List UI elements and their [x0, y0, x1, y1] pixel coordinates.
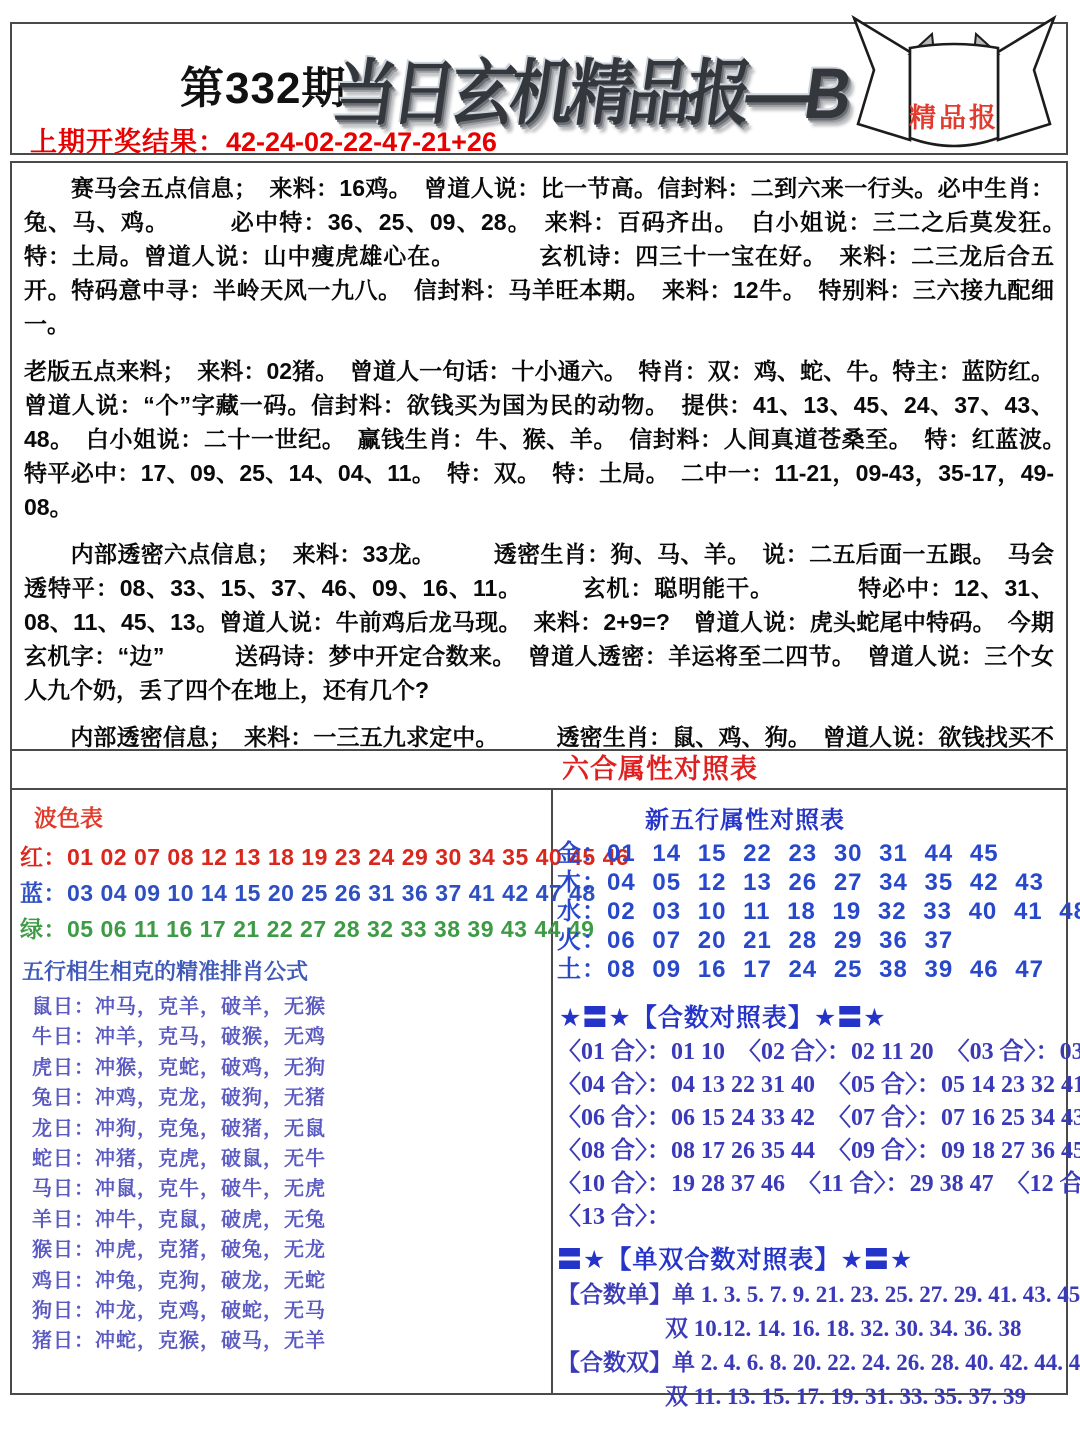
- blue-wave-label: 蓝：: [20, 880, 67, 906]
- blue-wave-row: 蓝：03 04 09 10 14 15 20 25 26 31 36 37 41…: [20, 875, 547, 911]
- paragraph-2: 老版五点来料； 来料：02猪。 曾道人一句话：十小通六。 特肖：双：鸡、蛇、牛。…: [24, 354, 1054, 524]
- bose-table-title: 波色表: [34, 800, 547, 833]
- new-wuxing-title: 新五行属性对照表: [645, 800, 1080, 835]
- zodiac-line-pig: 猪日：冲蛇，克猴，破马，无羊: [32, 1326, 547, 1356]
- hesu-line-6: 〈13 合〉：: [557, 1201, 1080, 1234]
- zodiac-line-horse: 马日：冲鼠，克牛，破牛，无虎: [32, 1174, 547, 1204]
- zodiac-line-rooster: 鸡日：冲兔，克狗，破龙，无蛇: [32, 1266, 547, 1296]
- danshuang-even-line: 【合数双】单 2. 4. 6. 8. 20. 22. 24. 26. 28. 4…: [557, 1346, 1080, 1380]
- hesu-line-5: 〈10 合〉：19 28 37 46 〈11 合〉：29 38 47 〈12 合…: [557, 1168, 1080, 1201]
- wuxing-column: 新五行属性对照表 金：01 14 15 22 23 30 31 44 45 木：…: [553, 790, 1080, 1393]
- wuxing-wood-label: 木：: [557, 869, 607, 896]
- zodiac-line-dog: 狗日：冲龙，克鸡，破蛇，无马: [32, 1296, 547, 1326]
- hesu-line-4: 〈08 合〉：08 17 26 35 44 〈09 合〉：09 18 27 36…: [557, 1135, 1080, 1168]
- zodiac-line-monkey: 猴日：冲虎，克猪，破兔，无龙: [32, 1235, 547, 1265]
- last-result-label: 上期开奖结果：: [30, 127, 226, 157]
- zodiac-line-goat: 羊日：冲牛，克鼠，破虎，无兔: [32, 1205, 547, 1235]
- zodiac-line-dragon: 龙日：冲狗，克兔，破猪，无鼠: [32, 1114, 547, 1144]
- wuxing-row-water: 水：02 03 10 11 18 19 32 33 40 41 48 49: [557, 897, 1080, 926]
- tips-paragraphs: 赛马会五点信息； 来料：16鸡。 曾道人说：比一节高。信封料：二到六来一行头。必…: [12, 163, 1066, 749]
- danshuang-table-title: 〓★【单双合数对照表】★〓★: [557, 1240, 1080, 1276]
- wuxing-wood-numbers: 04 05 12 13 26 27 34 35 42 43: [607, 869, 1044, 896]
- green-wave-row: 绿：05 06 11 16 17 21 22 27 28 32 33 38 39…: [20, 911, 547, 947]
- wuxing-row-earth: 土：08 09 16 17 24 25 38 39 46 47: [557, 955, 1080, 984]
- zodiac-line-snake: 蛇日：冲猪，克虎，破鼠，无牛: [32, 1144, 547, 1174]
- wuxing-row-gold: 金：01 14 15 22 23 30 31 44 45: [557, 839, 1080, 868]
- content-box: 赛马会五点信息； 来料：16鸡。 曾道人说：比一节高。信封料：二到六来一行头。必…: [10, 161, 1068, 1395]
- zodiac-line-tiger: 虎日：冲猴，克蛇，破鸡，无狗: [32, 1053, 547, 1083]
- wuxing-row-fire: 火：06 07 20 21 28 29 36 37: [557, 926, 1080, 955]
- hesu-line-1: 〈01 合〉：01 10 〈02 合〉：02 11 20 〈03 合〉：03 1…: [557, 1036, 1080, 1069]
- last-result-line: 上期开奖结果：42-24-02-22-47-21+26: [30, 120, 497, 159]
- green-wave-label: 绿：: [20, 916, 67, 942]
- wuxing-formula-title: 五行相生相克的精准排肖公式: [22, 955, 547, 986]
- wuxing-water-numbers: 02 03 10 11 18 19 32 33 40 41 48 49: [607, 898, 1080, 925]
- danshuang-odd-line: 【合数单】单 1. 3. 5. 7. 9. 21. 23. 25. 27. 29…: [557, 1278, 1080, 1312]
- wuxing-earth-label: 土：: [557, 956, 607, 983]
- wave-color-column: 波色表 红：01 02 07 08 12 13 18 19 23 24 29 3…: [12, 790, 553, 1393]
- hesu-line-2: 〈04 合〉：04 13 22 31 40 〈05 合〉：05 14 23 32…: [557, 1069, 1080, 1102]
- paragraph-3: 内部透密六点信息； 来料：33龙。 透密生肖：狗、马、羊。 说：二五后面一五跟。…: [24, 537, 1054, 707]
- zodiac-line-rat: 鼠日：冲马，克羊，破羊，无猴: [32, 992, 547, 1022]
- red-wave-row: 红：01 02 07 08 12 13 18 19 23 24 29 30 34…: [20, 839, 547, 875]
- danshuang-odd-even-line: 双 10.12. 14. 16. 18. 32. 30. 34. 36. 38: [557, 1312, 1080, 1346]
- hesu-line-3: 〈06 合〉：06 15 24 33 42 〈07 合〉：07 16 25 34…: [557, 1102, 1080, 1135]
- danshuang-even-even-line: 双 11. 13. 15. 17. 19. 31. 33. 35. 37. 39: [557, 1380, 1080, 1414]
- red-wave-label: 红：: [20, 844, 67, 870]
- issue-number: 第332期: [180, 52, 346, 116]
- zodiac-line-ox: 牛日：冲羊，克马，破猴，无鸡: [32, 1022, 547, 1052]
- hesu-table-title: ★〓★【合数对照表】★〓★: [559, 998, 1080, 1034]
- attribute-table-title: 六合属性对照表: [12, 749, 1066, 790]
- green-wave-numbers: 05 06 11 16 17 21 22 27 28 32 33 38 39 4…: [67, 916, 594, 942]
- blue-wave-numbers: 03 04 09 10 14 15 20 25 26 31 36 37 41 4…: [67, 880, 596, 906]
- last-result-value: 42-24-02-22-47-21+26: [226, 127, 497, 157]
- ribbon-scroll-icon: [840, 0, 1068, 160]
- wuxing-fire-label: 火：: [557, 927, 607, 954]
- paragraph-4: 内部透密信息； 来料：一三五九求定中。 透密生肖：鼠、鸡、狗。 曾道人说：欲钱找…: [24, 720, 1054, 749]
- wuxing-row-wood: 木：04 05 12 13 26 27 34 35 42 43: [557, 868, 1080, 897]
- attribute-table-columns: 波色表 红：01 02 07 08 12 13 18 19 23 24 29 3…: [12, 790, 1066, 1393]
- wuxing-gold-numbers: 01 14 15 22 23 30 31 44 45: [607, 840, 999, 867]
- red-wave-numbers: 01 02 07 08 12 13 18 19 23 24 29 30 34 3…: [67, 844, 629, 870]
- ribbon-label: 精品报: [872, 96, 1036, 135]
- zodiac-line-rabbit: 兔日：冲鸡，克龙，破狗，无猪: [32, 1083, 547, 1113]
- wuxing-water-label: 水：: [557, 898, 607, 925]
- wuxing-earth-numbers: 08 09 16 17 24 25 38 39 46 47: [607, 956, 1044, 983]
- wuxing-fire-numbers: 06 07 20 21 28 29 36 37: [607, 927, 953, 954]
- wuxing-gold-label: 金：: [557, 840, 607, 867]
- paragraph-1: 赛马会五点信息； 来料：16鸡。 曾道人说：比一节高。信封料：二到六来一行头。必…: [24, 171, 1054, 341]
